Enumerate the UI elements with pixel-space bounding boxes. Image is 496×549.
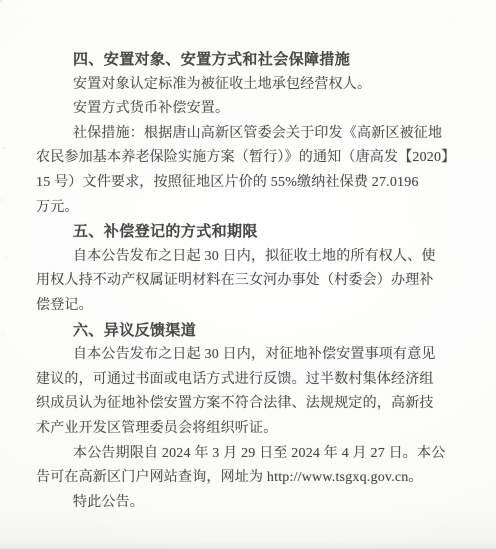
section-heading-4: 四、安置对象、安置方式和社会保障措施 <box>36 48 466 73</box>
section-heading-5: 五、补偿登记的方式和期限 <box>36 220 466 245</box>
paragraph-line: 安置方式货币补偿安置。 <box>36 97 466 122</box>
announcement-text-block: 四、安置对象、安置方式和社会保障措施 安置对象认定标准为被征收土地承包经营权人。… <box>36 48 466 515</box>
paragraph-line: 用权人持不动产权属证明材料在三女河办事处（村委会）办理补 <box>36 269 466 294</box>
paragraph-line: 自本公告发布之日起 30 日内，对征地补偿安置事项有意见 <box>36 343 466 368</box>
notice-period-line: 本公告期限自 2024 年 3 月 29 日至 2024 年 4 月 27 日。… <box>36 442 466 467</box>
document-page: 四、安置对象、安置方式和社会保障措施 安置对象认定标准为被征收土地承包经营权人。… <box>0 0 496 549</box>
paragraph-line: 15 号）文件要求，按照征地区片价的 55%缴纳社保费 27.0196 <box>36 171 466 196</box>
section-heading-6: 六、异议反馈渠道 <box>36 319 466 344</box>
paragraph-line: 偿登记。 <box>36 294 466 319</box>
paragraph-line: 安置对象认定标准为被征收土地承包经营权人。 <box>36 73 466 98</box>
closing-line: 特此公告。 <box>36 491 466 516</box>
paragraph-line: 万元。 <box>36 196 466 221</box>
paragraph-line: 建议的，可通过书面或电话方式进行反馈。过半数村集体经济组 <box>36 368 466 393</box>
website-line: 告可在高新区门户网站查询，网址为 http://www.tsgxq.gov.cn… <box>36 466 466 491</box>
paragraph-line: 术产业开发区管理委员会将组织听证。 <box>36 417 466 442</box>
paragraph-line: 自本公告发布之日起 30 日内，拟征收土地的所有权人、使 <box>36 245 466 270</box>
paragraph-line: 织成员认为征地补偿安置方案不符合法律、法规规定的，高新技 <box>36 392 466 417</box>
paragraph-line: 农民参加基本养老保险实施方案（暂行）》的通知（唐高发【2020】 <box>36 146 466 171</box>
paragraph-line: 社保措施：根据唐山高新区管委会关于印发《高新区被征地 <box>36 122 466 147</box>
